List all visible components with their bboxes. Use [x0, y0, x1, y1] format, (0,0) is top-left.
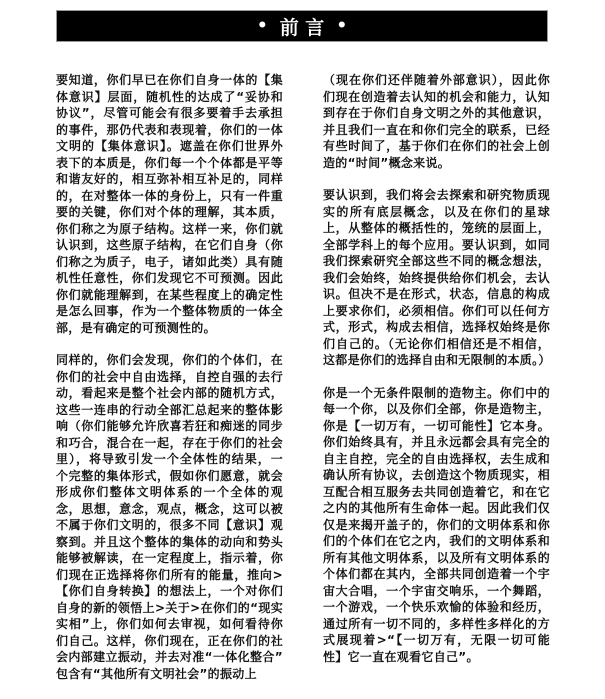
paragraph-right-3: 你是一个无条件限制的造物主。你们中的每一个你，以及你们全部，你是造物主，你是【一… — [323, 385, 550, 666]
paragraph-left-1: 要知道，你们早已在你们自身一体的【集体意识】层面，随机性的达成了“妥协和协议”，… — [56, 72, 283, 336]
paragraph-right-2: 要认识到，我们将会去探索和研究物质现实的所有底层概念，以及在你们的星球上，从整体… — [323, 187, 550, 369]
section-header-banner: • 前 言 • — [56, 10, 548, 42]
right-column: （现在你们还伴随着外部意识），因此你们现在创造着去认知的机会和能力，认知到存在于… — [323, 72, 550, 692]
document-page: • 前 言 • 要知道，你们早已在你们自身一体的【集体意识】层面，随机性的达成了… — [0, 0, 605, 699]
two-column-layout: 要知道，你们早已在你们自身一体的【集体意识】层面，随机性的达成了“妥协和协议”，… — [56, 72, 550, 692]
page-title: 前 言 — [280, 13, 325, 40]
bullet-decoration-right: • — [336, 18, 347, 35]
paragraph-right-1: （现在你们还伴随着外部意识），因此你们现在创造着去认知的机会和能力，认知到存在于… — [323, 72, 550, 171]
left-column: 要知道，你们早已在你们自身一体的【集体意识】层面，随机性的达成了“妥协和协议”，… — [56, 72, 283, 692]
paragraph-left-2: 同样的，你们会发现，你们的个体们，在你们的社会中自由选择，自控自强的去行动，看起… — [56, 352, 283, 682]
bullet-decoration-left: • — [257, 18, 268, 35]
